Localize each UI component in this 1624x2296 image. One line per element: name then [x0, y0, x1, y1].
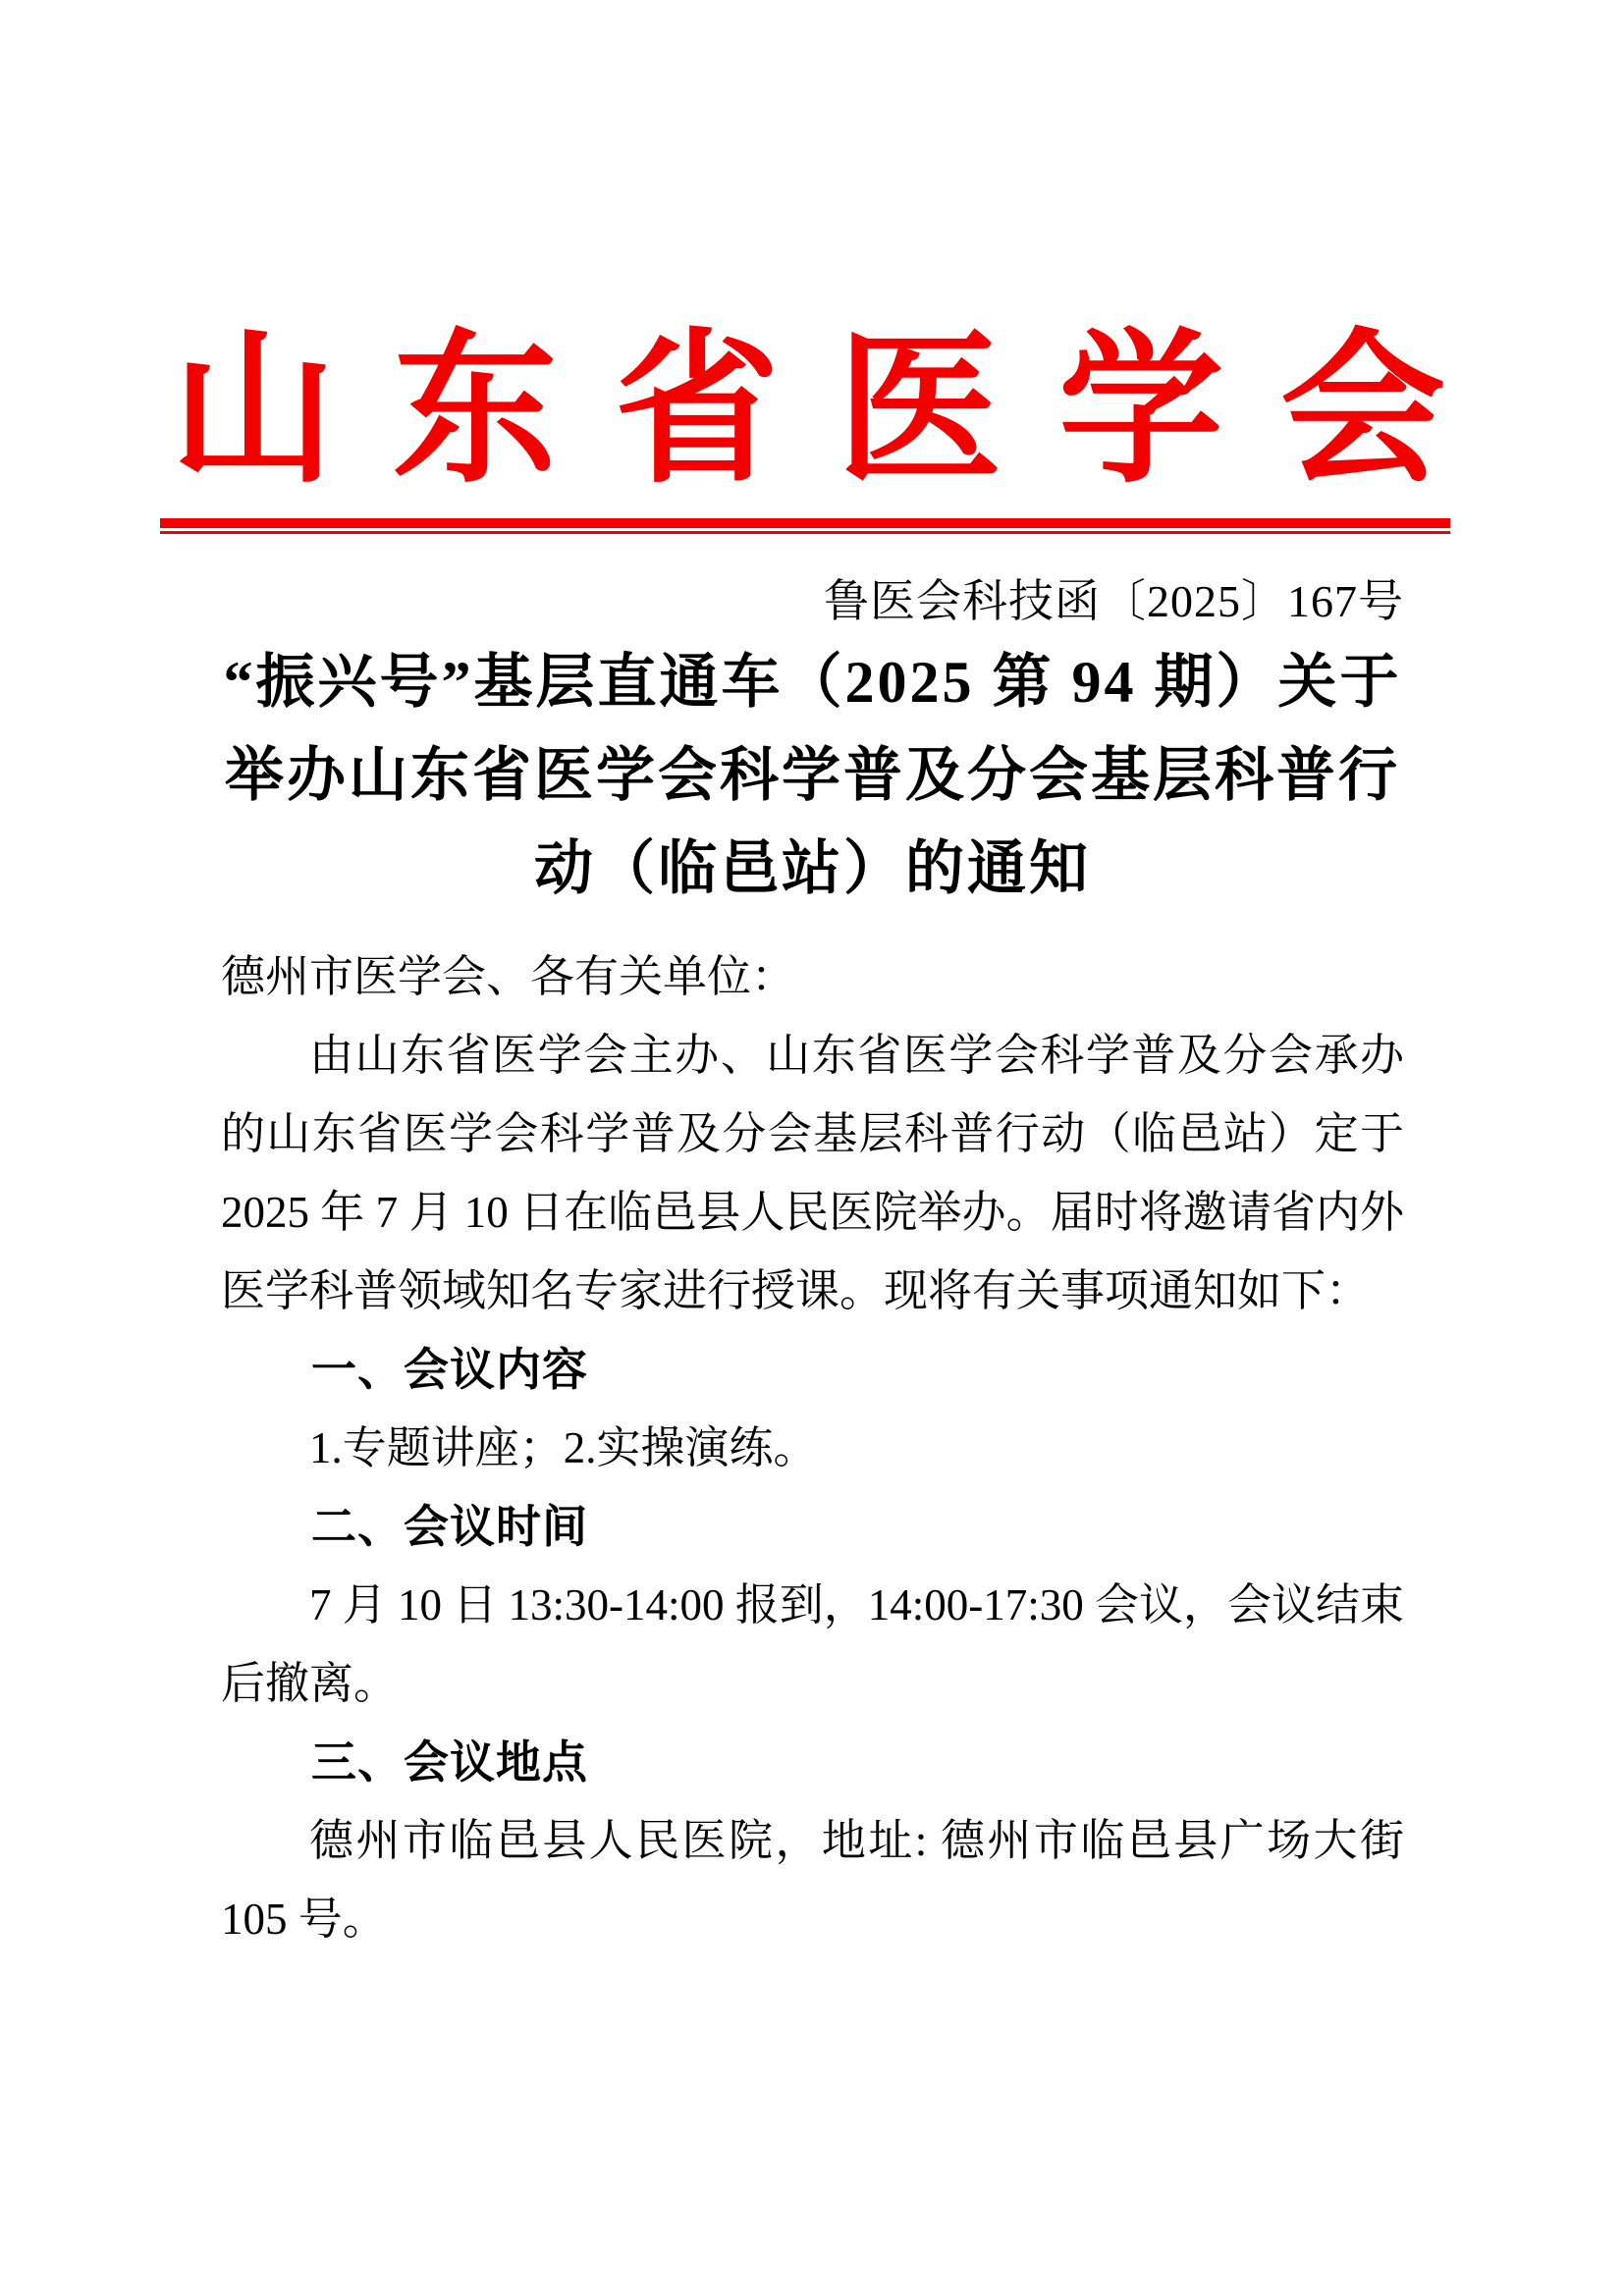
red-divider-line [160, 518, 1450, 534]
section-heading-meeting-location: 三、会议地点 [221, 1723, 1404, 1801]
doc-reference-number: 鲁医会科技函〔2025〕167号 [221, 574, 1404, 629]
notice-body: 德州市医学会、各有关单位： 由山东省医学会主办、山东省医学会科学普及分会承办的山… [221, 937, 1404, 1958]
section-content-meeting-location: 德州市临邑县人民医院，地址: 德州市临邑县广场大街 105 号。 [221, 1801, 1404, 1958]
salutation-line: 德州市医学会、各有关单位： [221, 937, 1404, 1016]
section-content-meeting-time: 7 月 10 日 13:30-14:00 报到，14:00-17:30 会议，会… [221, 1566, 1404, 1723]
section-content-meeting-content: 1.专题讲座；2.实操演练。 [221, 1409, 1404, 1487]
notice-title-line-1: “振兴号”基层直通车（2025 第 94 期）关于 [221, 636, 1404, 729]
notice-title-line-2: 举办山东省医学会科学普及分会基层科普行 [221, 729, 1404, 823]
section-heading-meeting-time: 二、会议时间 [221, 1487, 1404, 1566]
notice-document-page: 山 东 省 医 学 会 鲁医会科技函〔2025〕167号 “振兴号”基层直通车（… [0, 0, 1624, 2296]
notice-title-line-3: 动（临邑站）的通知 [221, 823, 1404, 916]
section-heading-meeting-content: 一、会议内容 [221, 1330, 1404, 1409]
org-name-header: 山 东 省 医 学 会 [110, 312, 1514, 510]
intro-paragraph: 由山东省医学会主办、山东省医学会科学普及分会承办的山东省医学会科学普及分会基层科… [221, 1016, 1404, 1330]
notice-title: “振兴号”基层直通车（2025 第 94 期）关于 举办山东省医学会科学普及分会… [221, 636, 1404, 916]
